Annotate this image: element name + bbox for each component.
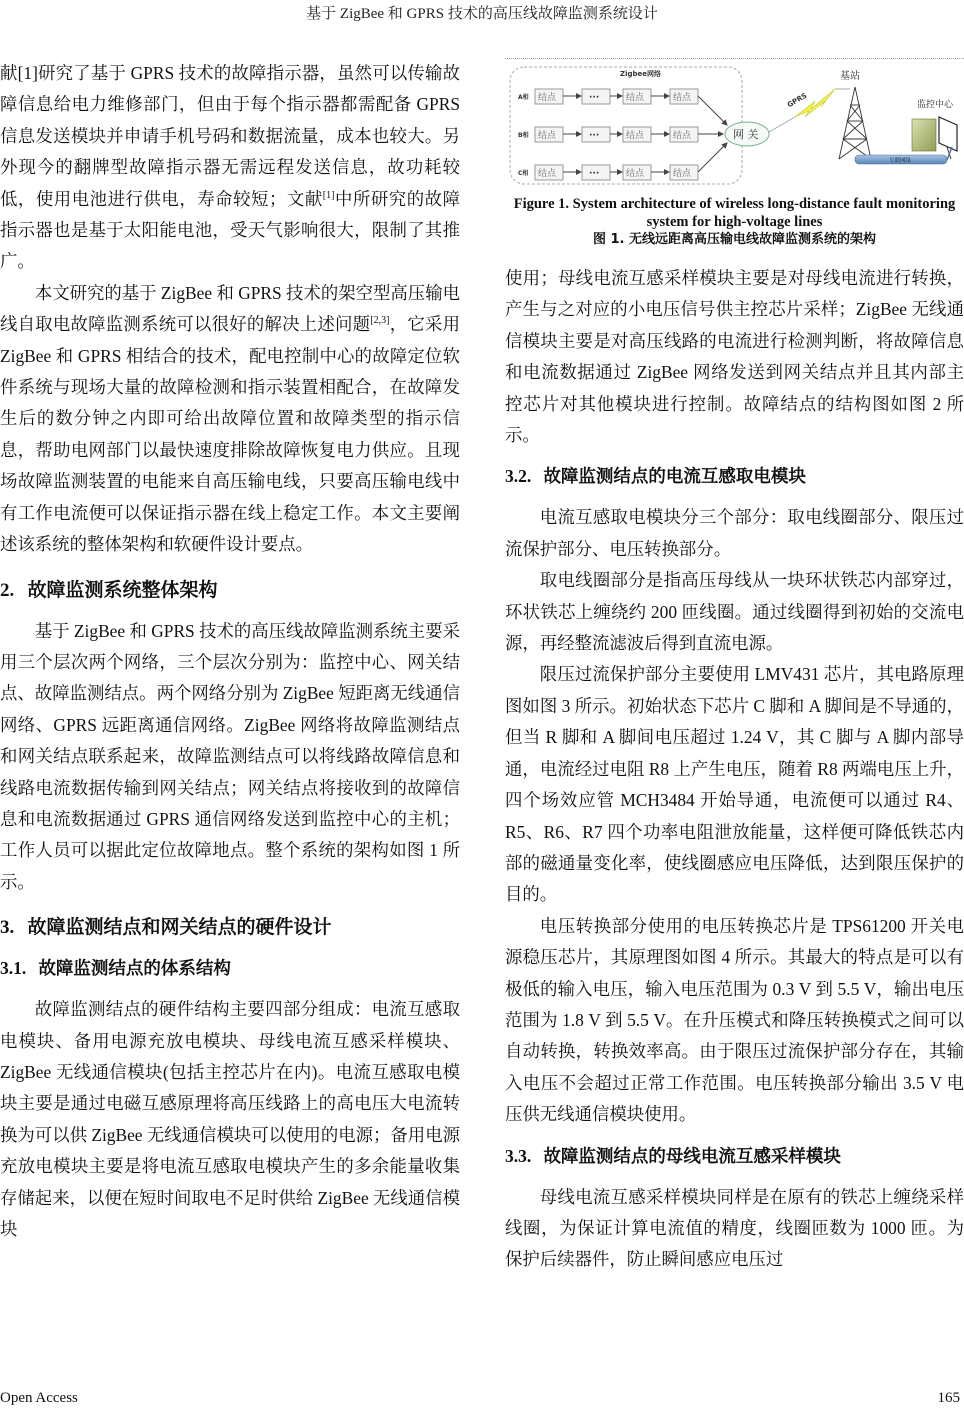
paragraph: 使用；母线电流互感采样模块主要是对母线电流进行转换，产生与之对应的小电压信号供主… (505, 263, 964, 451)
paragraph: 电压转换部分使用的电压转换芯片是 TPS61200 开关电源稳压芯片，其原理图如… (505, 911, 964, 1131)
right-column: Zigbee网络 A相 B相 C相 结点结点结点 结点结点结点 结点结点结点 ·… (505, 58, 964, 1276)
paragraph: 电流互感取电模块分三个部分：取电线圈部分、限压过流保护部分、电压转换部分。 (505, 502, 964, 565)
monitor-center-computer-icon (912, 119, 936, 151)
base-station-label: 基站 (840, 69, 860, 82)
svg-text:结点: 结点 (538, 129, 557, 141)
paragraph-text: ，它采用 ZigBee 和 GPRS 相结合的技术，配电控制中心的故障定位软件系… (0, 314, 460, 554)
svg-text:结点: 结点 (673, 129, 692, 141)
paragraph: 取电线圈部分是指高压母线从一块环状铁芯内部穿过，环状铁芯上缠绕约 200 匝线圈… (505, 565, 964, 659)
subsection-heading: 3.2. 故障监测结点的电流互感取电模块 (505, 461, 964, 492)
subsection-heading: 3.3. 故障监测结点的母线电流互感采样模块 (505, 1141, 964, 1172)
svg-text:结点: 结点 (626, 167, 645, 179)
citation[interactable]: [2,3] (370, 315, 389, 326)
paragraph: 母线电流互感采样模块同样是在原有的铁芯上缠绕采样线圈，为保证计算电流值的精度，线… (505, 1182, 964, 1276)
section-title: 故障监测系统整体架构 (27, 579, 217, 601)
subsection-title: 故障监测结点的体系结构 (38, 959, 231, 979)
section-heading: 3. 故障监测结点和网关结点的硬件设计 (0, 912, 460, 943)
subsection-number: 3.2. (505, 466, 531, 486)
subsection-number: 3.3. (505, 1146, 531, 1166)
subsection-title: 故障监测结点的母线电流互感采样模块 (543, 1147, 841, 1167)
svg-text:结点: 结点 (538, 91, 557, 103)
paragraph: 献[1]研究了基于 GPRS 技术的故障指示器，虽然可以传输故障信息给电力维修部… (0, 58, 460, 278)
paragraph: 故障监测结点的硬件结构主要四部分组成：电流互感取电模块、备用电源充放电模块、母线… (0, 994, 460, 1245)
phase-c-label: C相 (518, 169, 528, 177)
system-architecture-diagram: Zigbee网络 A相 B相 C相 结点结点结点 结点结点结点 结点结点结点 ·… (505, 59, 964, 187)
subsection-number: 3.1. (0, 958, 26, 978)
section-heading: 2. 故障监测系统整体架构 (0, 575, 460, 606)
running-title: 基于 ZigBee 和 GPRS 技术的高压线故障监测系统设计 (0, 2, 964, 23)
svg-text:···: ··· (589, 131, 599, 141)
figure-caption-cn: 图 1. 无线远距离高压输电线故障监测系统的架构 (505, 231, 964, 249)
svg-text:结点: 结点 (626, 129, 645, 141)
figure-caption-en: Figure 1. System architecture of wireles… (505, 195, 964, 231)
svg-text:···: ··· (589, 93, 599, 103)
phase-b-label: B相 (518, 131, 529, 139)
paragraph: 本文研究的基于 ZigBee 和 GPRS 技术的架空型高压输电线自取电故障监测… (0, 278, 460, 561)
paragraph-text: 献[1]研究了基于 GPRS 技术的故障指示器，虽然可以传输故障信息给电力维修部… (0, 63, 460, 209)
svg-text:结点: 结点 (626, 91, 645, 103)
gprs-label: GPRS (786, 92, 808, 110)
footer-open-access: Open Access (0, 1390, 78, 1407)
monitor-center-label: 监控中心 (917, 98, 954, 110)
figure-1-diagram: Zigbee网络 A相 B相 C相 结点结点结点 结点结点结点 结点结点结点 ·… (505, 58, 964, 189)
subsection-title: 故障监测结点的电流互感取电模块 (543, 467, 806, 487)
svg-text:···: ··· (589, 169, 599, 179)
section-number: 3. (0, 917, 14, 938)
phase-a-label: A相 (518, 93, 529, 101)
section-number: 2. (0, 580, 14, 601)
svg-text:结点: 结点 (538, 167, 557, 179)
subsection-heading: 3.1. 故障监测结点的体系结构 (0, 953, 460, 984)
paragraph: 限压过流保护部分主要使用 LMV431 芯片，其电路原理图如图 3 所示。初始状… (505, 659, 964, 910)
paragraph: 基于 ZigBee 和 GPRS 技术的高压线故障监测系统主要采用三个层次两个网… (0, 616, 460, 899)
section-title: 故障监测结点和网关结点的硬件设计 (27, 916, 331, 938)
zigbee-network-label: Zigbee网络 (620, 69, 661, 78)
base-station-tower-icon (839, 87, 871, 159)
monitor-screen-icon (939, 117, 957, 151)
left-column: 献[1]研究了基于 GPRS 技术的故障指示器，虽然可以传输故障信息给电力维修部… (0, 58, 460, 1245)
citation[interactable]: [1] (323, 190, 335, 201)
gateway-label: 网 关 (733, 128, 759, 141)
page-number: 165 (938, 1390, 961, 1407)
internet-label: 互联网络 (889, 156, 912, 164)
svg-text:结点: 结点 (673, 91, 692, 103)
svg-text:结点: 结点 (673, 167, 692, 179)
